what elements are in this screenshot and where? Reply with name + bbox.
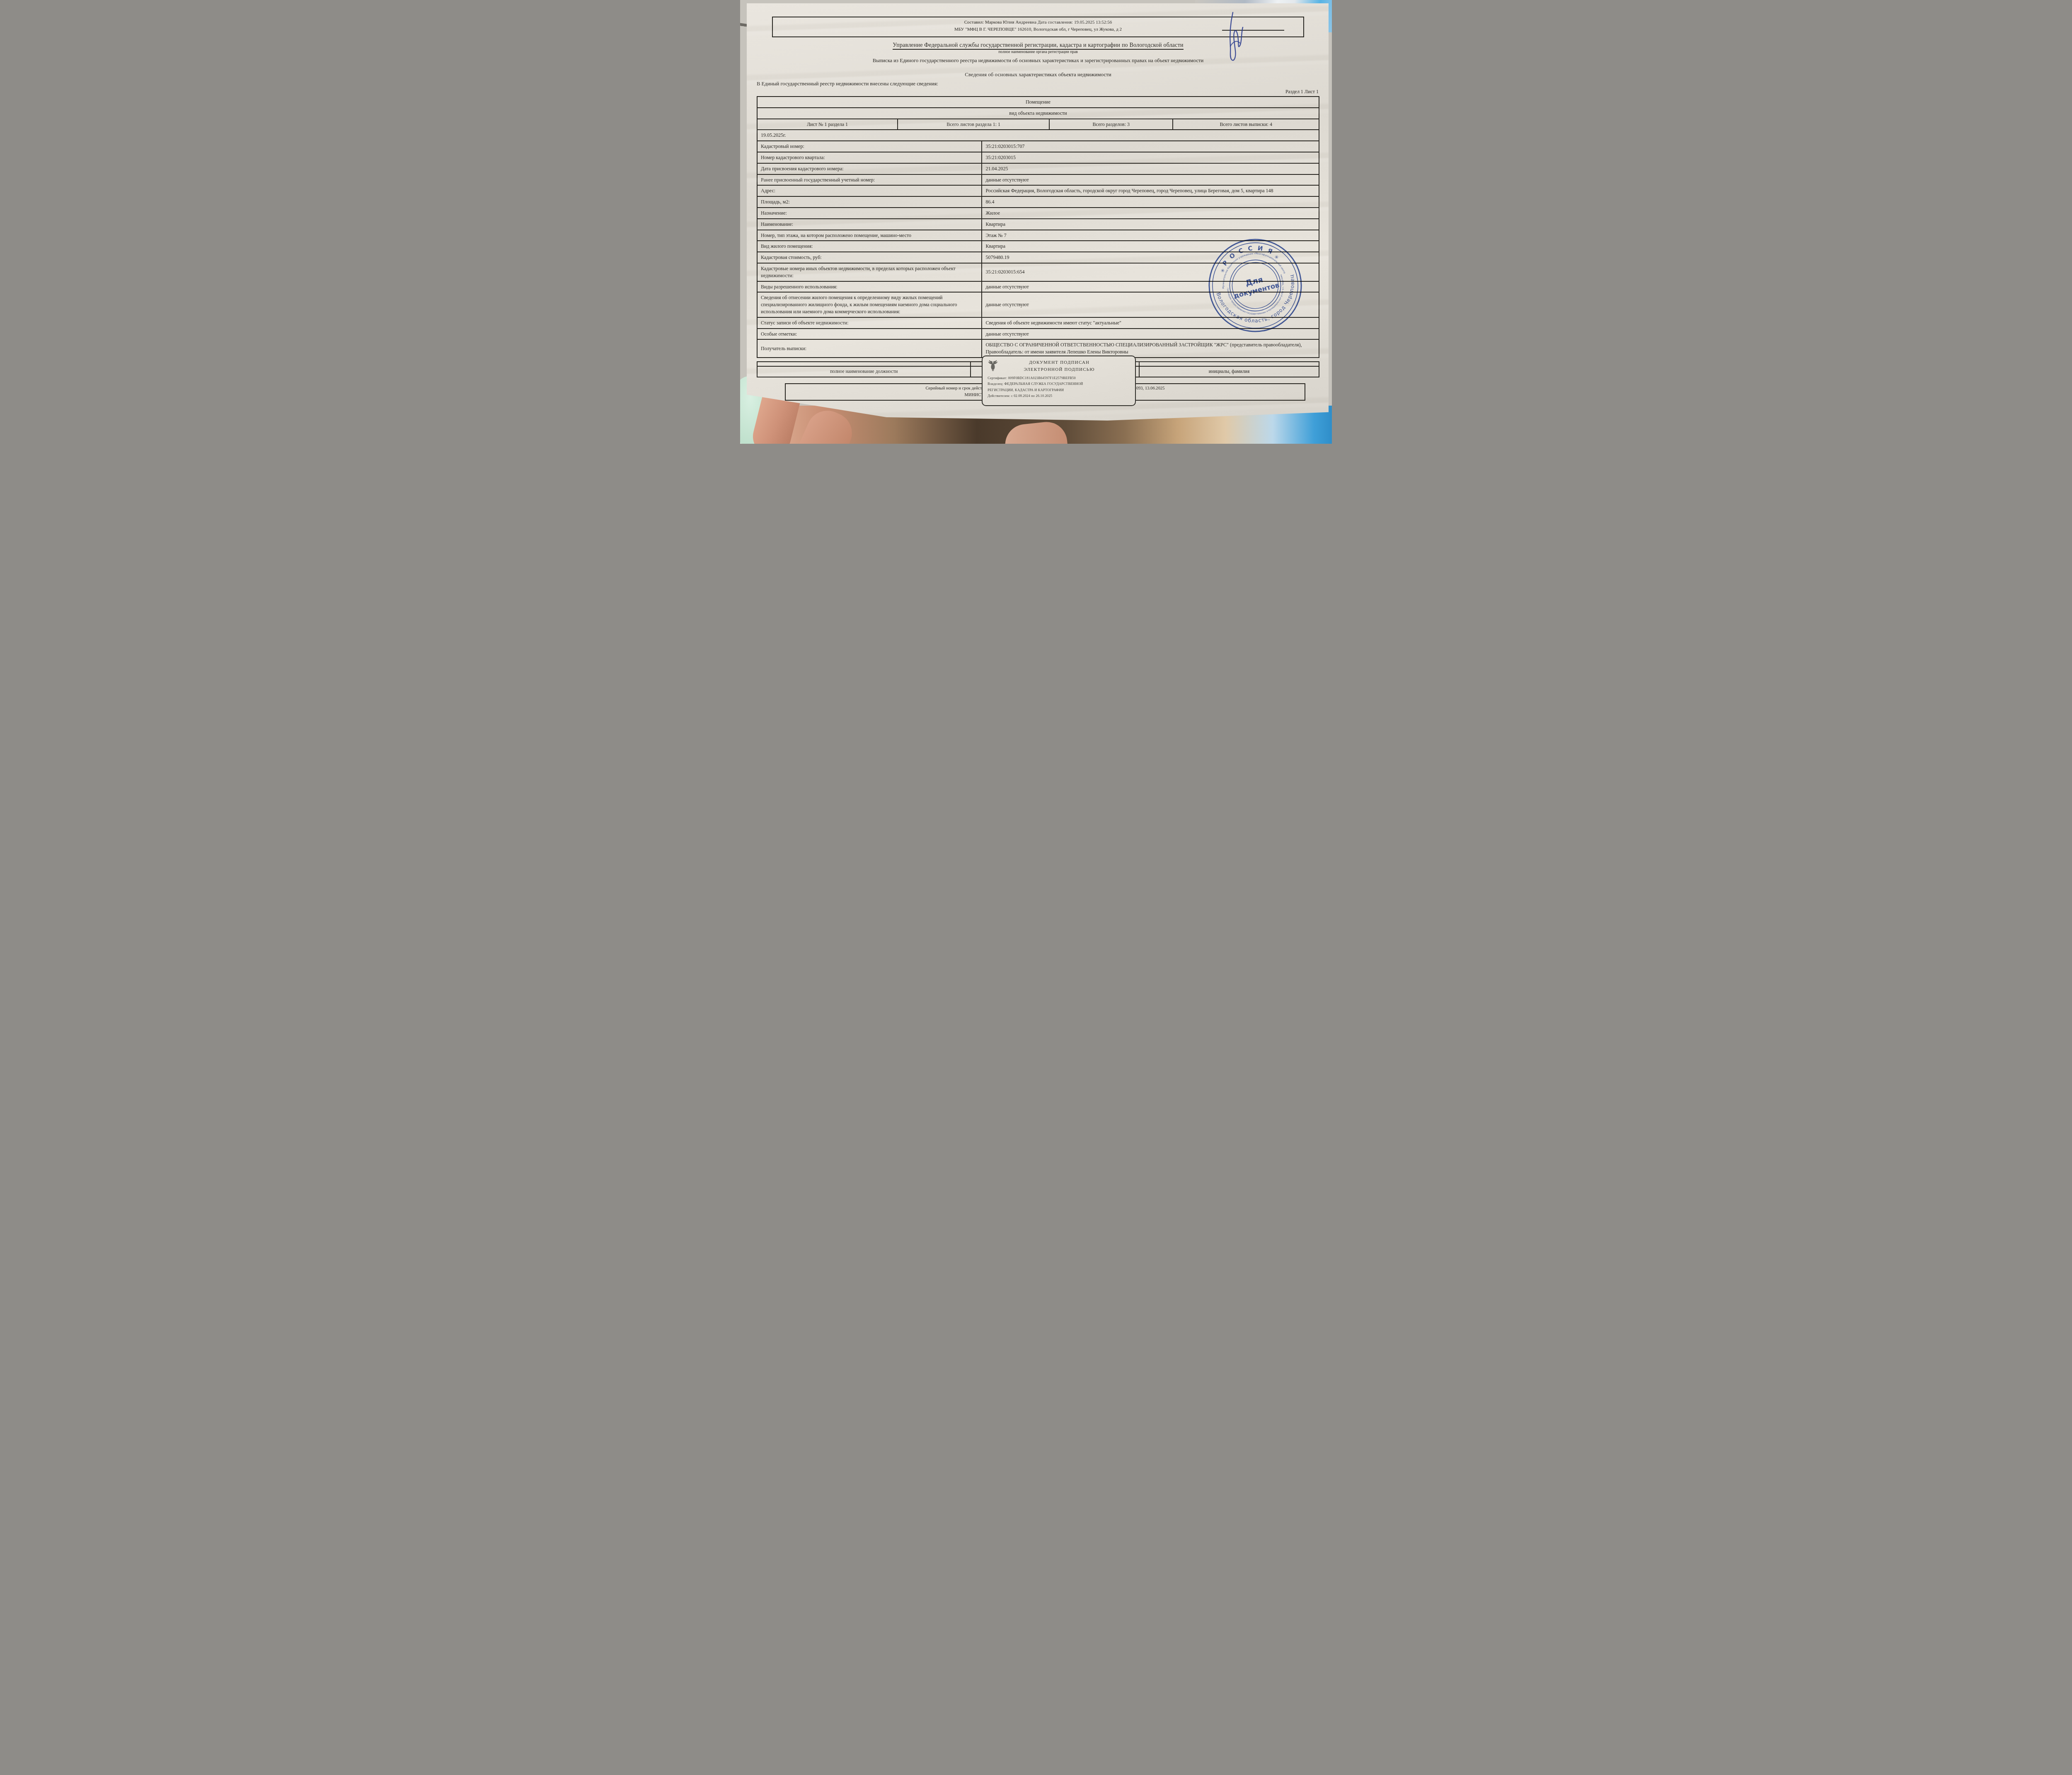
sheet-info-cell: Лист № 1 раздела 1 [757,119,898,130]
position-caption: полное наименование должности [757,366,971,377]
esign-certificate: Сертификат: 009F0BDC181A023B64597F1E2579… [988,375,1131,381]
table-row: Получатель выписки:ОБЩЕСТВО С ОГРАНИЧЕНН… [757,339,1319,358]
empty-cell [757,362,971,366]
signature-footer: полное наименование должности инициалы, … [757,361,1319,377]
row-label: Сведения об отнесении жилого помещения к… [757,292,982,317]
row-label: Назначение: [757,208,982,219]
table-row: Наименование:Квартира [757,219,1319,230]
row-value: Квартира [982,219,1319,230]
table-row: Ранее присвоенный государственный учетны… [757,174,1319,186]
esign-title-1: ДОКУМЕНТ ПОДПИСАН [988,359,1131,366]
row-label: Кадастровые номера иных объектов недвижи… [757,263,982,281]
row-label: Ранее присвоенный государственный учетны… [757,174,982,186]
sheet-info-cell: Всего листов раздела 1: 1 [898,119,1049,130]
row-label: Наименование: [757,219,982,230]
record-date: 19.05.2025г. [757,130,1319,141]
table-row: Номер кадастрового квартала:35:21:020301… [757,152,1319,163]
electronic-signature-box: ДОКУМЕНТ ПОДПИСАН ЭЛЕКТРОННОЙ ПОДПИСЬЮ С… [982,355,1136,406]
row-value: данные отсутствуют [982,174,1319,186]
stamp-star-left: ✳ [1220,267,1225,274]
row-label: Номер кадастрового квартала: [757,152,982,163]
table-row: Адрес:Российская Федерация, Вологодская … [757,185,1319,196]
table-row: Назначение:Жилое [757,208,1319,219]
row-label: Площадь, м2: [757,196,982,208]
row-label: Кадастровый номер: [757,141,982,152]
object-type-caption: вид объекта недвижимости [757,108,1319,119]
row-value: 21.04.2025 [982,163,1319,174]
row-label: Вид жилого помещения: [757,241,982,252]
row-label: Виды разрешенного использования: [757,281,982,293]
state-emblem-icon [988,360,998,373]
table-row: Кадастровый номер:35:21:0203015:707 [757,141,1319,152]
esign-owner-2: РЕГИСТРАЦИИ, КАДАСТРА И КАРТОГРАФИИ [988,387,1131,393]
photo-of-document: Составил: Маркова Юлия Андреевна Дата со… [740,0,1332,444]
row-label: Дата присвоения кадастрового номера: [757,163,982,174]
sheet-info-row: Лист № 1 раздела 1Всего листов раздела 1… [757,119,1319,130]
row-label: Особые отметки: [757,329,982,340]
object-type: Помещение [757,97,1319,108]
initials-caption: инициалы, фамилия [1139,366,1319,377]
empty-cell [1139,362,1319,366]
table-row: Номер, тип этажа, на котором расположено… [757,230,1319,241]
row-value: 35:21:0203015 [982,152,1319,163]
row-value: Жилое [982,208,1319,219]
row-value: Российская Федерация, Вологодская област… [982,185,1319,196]
esign-validity: Действителен: с 02.08.2024 по 26.10.2025 [988,393,1131,399]
row-label: Адрес: [757,185,982,196]
table-row: Помещение [757,97,1319,108]
table-row: Дата присвоения кадастрового номера:21.0… [757,163,1319,174]
esign-owner-1: Владелец: ФЕДЕРАЛЬНАЯ СЛУЖБА ГОСУДАРСТВЕ… [988,381,1131,387]
document-page: Составил: Маркова Юлия Андреевна Дата со… [747,3,1329,421]
row-label: Кадастровая стоимость, руб: [757,252,982,263]
handwritten-signature [1220,11,1249,65]
object-type-table: Помещение вид объекта недвижимости Лист … [757,96,1319,130]
row-value: 35:21:0203015:707 [982,141,1319,152]
row-value: 86.4 [982,196,1319,208]
section-sheet-reference: Раздел 1 Лист 1 [757,89,1319,95]
row-label: Получатель выписки: [757,339,982,358]
compiler-info-box: Составил: Маркова Юлия Андреевна Дата со… [772,17,1304,37]
table-row: вид объекта недвижимости [757,108,1319,119]
intro-line: В Единый государственный реестр недвижим… [757,81,1319,87]
table-row: Площадь, м2:86.4 [757,196,1319,208]
esign-title-2: ЭЛЕКТРОННОЙ ПОДПИСЬЮ [988,366,1131,373]
row-value: ОБЩЕСТВО С ОГРАНИЧЕННОЙ ОТВЕТСТВЕННОСТЬЮ… [982,339,1319,358]
table-row: 19.05.2025г. [757,130,1319,141]
row-label: Статус записи об объекте недвижимости: [757,317,982,329]
section-heading: Сведения об основных характеристиках объ… [757,71,1319,78]
sheet-info-cell: Всего листов выписки: 4 [1173,119,1319,130]
stamp-star-right: ✳ [1274,254,1279,261]
sheet-info-cell: Всего разделов: 3 [1049,119,1173,130]
row-label: Номер, тип этажа, на котором расположено… [757,230,982,241]
